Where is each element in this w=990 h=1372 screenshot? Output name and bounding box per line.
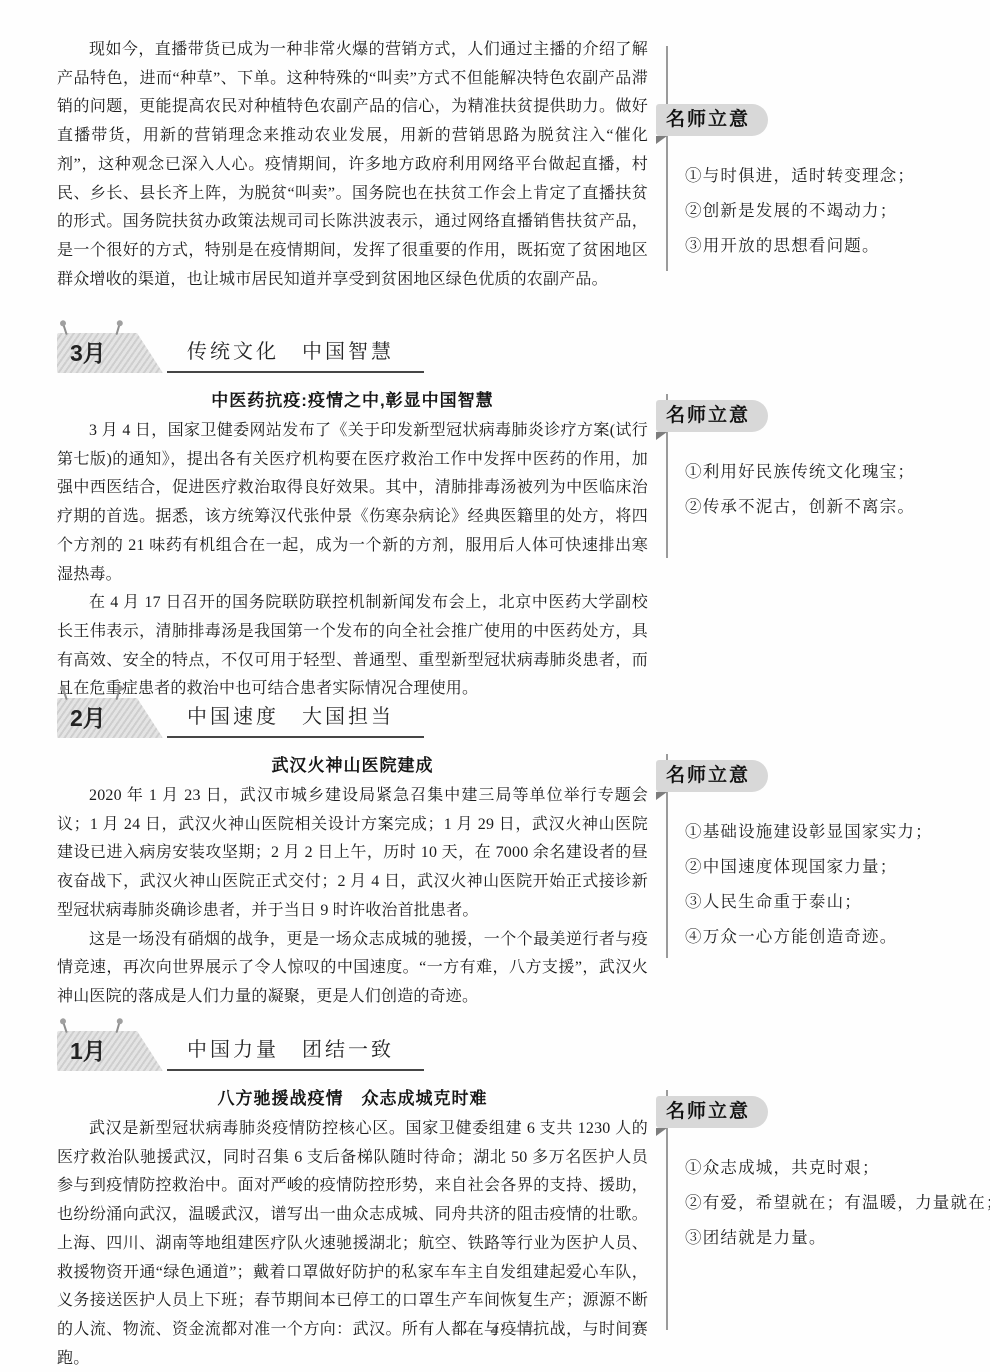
section-title: 中国力量 团结一致 xyxy=(167,1033,424,1071)
section-february: 2月 中国速度 大国担当 武汉火神山医院建成 2020 年 1 月 23 日，武… xyxy=(57,692,648,1012)
teacher-insight-box: 名师立意 ①与时俱进，适时转变理念； ②创新是发展的不竭动力； ③用开放的思想看… xyxy=(666,46,986,271)
month-badge: 1月 xyxy=(57,1031,163,1071)
month-label: 3月 xyxy=(57,333,163,373)
insight-list: ①基础设施建设彰显国家实力； ②中国速度体现国家力量； ③人民生命重于泰山； ④… xyxy=(668,814,986,954)
insight-item: ①与时俱进，适时转变理念； xyxy=(685,158,986,193)
paragraph: 现如今，直播带货已成为一种非常火爆的营销方式，人们通过主播的介绍了解产品特色，进… xyxy=(57,36,648,294)
section-subtitle: 八方驰援战疫情 众志成城克时难 xyxy=(57,1084,648,1109)
fold-corner xyxy=(656,1128,667,1136)
section-january: 1月 中国力量 团结一致 八方驰援战疫情 众志成城克时难 武汉是新型冠状病毒肺炎… xyxy=(57,1025,648,1372)
insight-tag-label: 名师立意 xyxy=(666,109,750,130)
insight-item: ③人民生命重于泰山； xyxy=(685,884,986,919)
insight-item: ①利用好民族传统文化瑰宝； xyxy=(685,454,986,489)
insight-item: ②传承不泥古，创新不离宗。 xyxy=(685,489,986,524)
fold-corner xyxy=(656,136,667,144)
section-header: 3月 传统文化 中国智慧 xyxy=(57,327,648,373)
teacher-insight-box: 名师立意 ①利用好民族传统文化瑰宝； ②传承不泥古，创新不离宗。 xyxy=(666,394,986,558)
paragraph: 在 4 月 17 日召开的国务院联防联控机制新闻发布会上，北京中医药大学副校长王… xyxy=(57,589,648,704)
section-subtitle: 中医药抗疫:疫情之中,彰显中国智慧 xyxy=(57,386,648,411)
month-label: 2月 xyxy=(57,698,163,738)
insight-tag-label: 名师立意 xyxy=(666,1101,750,1122)
page-number: 4 xyxy=(491,1322,500,1339)
insight-item: ②中国速度体现国家力量； xyxy=(685,849,986,884)
insight-item: ①众志成城，共克时艰； xyxy=(685,1150,986,1185)
insight-tag: 名师立意 xyxy=(656,760,768,792)
month-badge: 2月 xyxy=(57,698,163,738)
month-badge: 3月 xyxy=(57,333,163,373)
insight-tag-label: 名师立意 xyxy=(666,405,750,426)
section-march: 3月 传统文化 中国智慧 中医药抗疫:疫情之中,彰显中国智慧 3 月 4 日，国… xyxy=(57,327,648,704)
paragraph: 2020 年 1 月 23 日，武汉市城乡建设局紧急召集中建三局等单位举行专题会… xyxy=(57,782,648,926)
section-subtitle: 武汉火神山医院建成 xyxy=(57,751,648,776)
month-label: 1月 xyxy=(57,1031,163,1071)
footer-dash: — xyxy=(454,1322,478,1340)
fold-corner xyxy=(656,432,667,440)
insight-item: ②有爱，希望就在；有温暖，力量就在； xyxy=(685,1185,986,1220)
fold-corner xyxy=(656,792,667,800)
document-page: 现如今，直播带货已成为一种非常火爆的营销方式，人们通过主播的介绍了解产品特色，进… xyxy=(0,0,990,1372)
page-footer: —4— xyxy=(0,1322,990,1340)
paragraph: 这是一场没有硝烟的战争，更是一场众志成城的驰援，一个个最美逆行者与疫情竞速，再次… xyxy=(57,926,648,1012)
footer-dash: — xyxy=(512,1322,536,1340)
insight-tag: 名师立意 xyxy=(656,400,768,432)
teacher-insight-box: 名师立意 ①基础设施建设彰显国家实力； ②中国速度体现国家力量； ③人民生命重于… xyxy=(666,754,986,958)
insight-tag-label: 名师立意 xyxy=(666,765,750,786)
insight-item: ①基础设施建设彰显国家实力； xyxy=(685,814,986,849)
section-title: 传统文化 中国智慧 xyxy=(167,335,424,373)
section-header: 1月 中国力量 团结一致 xyxy=(57,1025,648,1071)
insight-item: ③用开放的思想看问题。 xyxy=(685,228,986,263)
insight-item: ④万众一心方能创造奇迹。 xyxy=(685,919,986,954)
intro-block: 现如今，直播带货已成为一种非常火爆的营销方式，人们通过主播的介绍了解产品特色，进… xyxy=(57,36,648,294)
section-title: 中国速度 大国担当 xyxy=(167,700,424,738)
insight-list: ①众志成城，共克时艰； ②有爱，希望就在；有温暖，力量就在； ③团结就是力量。 xyxy=(668,1150,986,1255)
insight-item: ②创新是发展的不竭动力； xyxy=(685,193,986,228)
insight-list: ①利用好民族传统文化瑰宝； ②传承不泥古，创新不离宗。 xyxy=(668,454,986,524)
insight-item: ③团结就是力量。 xyxy=(685,1220,986,1255)
paragraph: 3 月 4 日，国家卫健委网站发布了《关于印发新型冠状病毒肺炎诊疗方案(试行第七… xyxy=(57,417,648,589)
insight-tag: 名师立意 xyxy=(656,104,768,136)
insight-list: ①与时俱进，适时转变理念； ②创新是发展的不竭动力； ③用开放的思想看问题。 xyxy=(668,158,986,263)
section-header: 2月 中国速度 大国担当 xyxy=(57,692,648,738)
teacher-insight-box: 名师立意 ①众志成城，共克时艰； ②有爱，希望就在；有温暖，力量就在； ③团结就… xyxy=(666,1090,986,1330)
insight-tag: 名师立意 xyxy=(656,1096,768,1128)
